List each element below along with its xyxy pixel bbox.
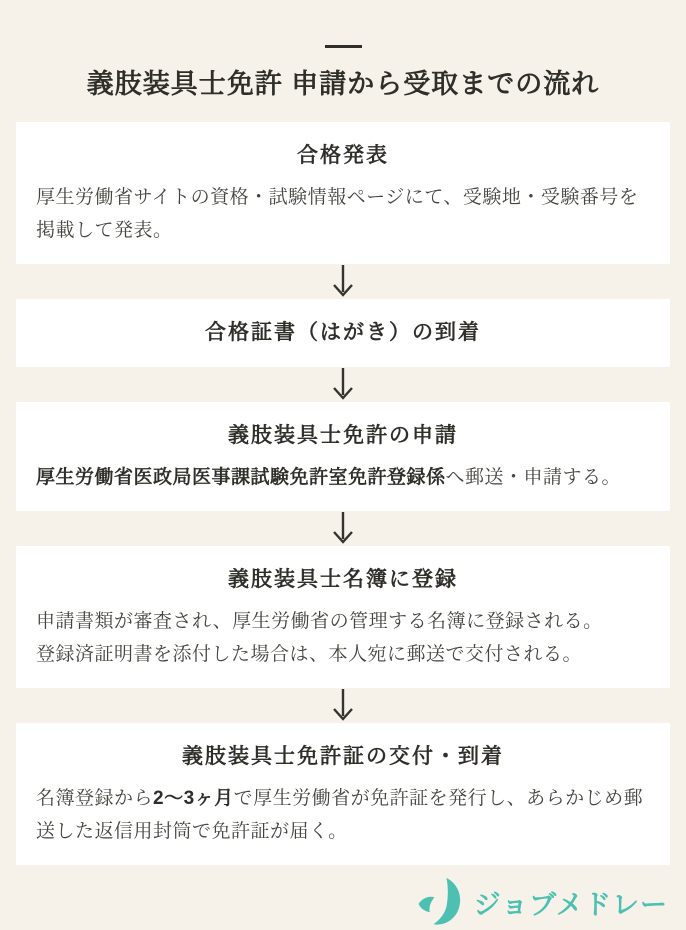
step-heading: 義肢装具士免許の申請 (36, 423, 650, 449)
infographic-page: 義肢装具士免許 申請から受取までの流れ 合格発表 厚生労働省サイトの資格・試験情… (0, 0, 686, 930)
step-connector (16, 264, 670, 299)
down-arrow-icon (329, 265, 357, 298)
step-body: 厚生労働省医政局医事課試験免許室免許登録係へ郵送・申請する。 (36, 461, 650, 494)
step-connector (16, 688, 670, 723)
step-card-certificate-arrival: 合格証書（はがき）の到着 (16, 299, 670, 367)
brand-footer: ジョブメドレー (16, 876, 670, 928)
brand-name: ジョブメドレー (474, 883, 668, 922)
step-body: 厚生労働省サイトの資格・試験情報ページにて、受験地・受験番号を掲載して発表。 (36, 181, 650, 247)
step-body-bold: 厚生労働省医政局医事課試験免許室免許登録係 (36, 467, 446, 488)
step-heading: 合格証書（はがき）の到着 (36, 320, 650, 346)
down-arrow-icon (329, 512, 357, 545)
step-card-pass-announcement: 合格発表 厚生労働省サイトの資格・試験情報ページにて、受験地・受験番号を掲載して… (16, 122, 670, 264)
step-body-line: 申請書類が審査され、厚生労働省の管理する名簿に登録される。 (36, 605, 650, 638)
step-card-license-application: 義肢装具士免許の申請 厚生労働省医政局医事課試験免許室免許登録係へ郵送・申請する… (16, 402, 670, 511)
step-card-roster-registration: 義肢装具士名簿に登録 申請書類が審査され、厚生労働省の管理する名簿に登録される。… (16, 546, 670, 688)
step-connector (16, 511, 670, 546)
step-connector (16, 367, 670, 402)
down-arrow-icon (329, 689, 357, 722)
title-divider (325, 45, 362, 48)
crescent-j-icon (413, 876, 465, 928)
page-title: 義肢装具士免許 申請から受取までの流れ (16, 66, 670, 102)
step-body: 名簿登録から2〜3ヶ月で厚生労働省が免許証を発行し、あらかじめ郵送した返信用封筒… (36, 782, 650, 848)
step-body-bold: 2〜3ヶ月 (153, 788, 234, 809)
step-heading: 合格発表 (36, 143, 650, 169)
step-body-prefix: 名簿登録から (36, 788, 153, 809)
step-body-rest: へ郵送・申請する。 (446, 467, 622, 488)
step-heading: 義肢装具士免許証の交付・到着 (36, 744, 650, 770)
step-body-line: 登録済証明書を添付した場合は、本人宛に郵送で交付される。 (36, 638, 650, 671)
step-card-license-delivery: 義肢装具士免許証の交付・到着 名簿登録から2〜3ヶ月で厚生労働省が免許証を発行し… (16, 723, 670, 865)
step-heading: 義肢装具士名簿に登録 (36, 567, 650, 593)
down-arrow-icon (329, 368, 357, 401)
